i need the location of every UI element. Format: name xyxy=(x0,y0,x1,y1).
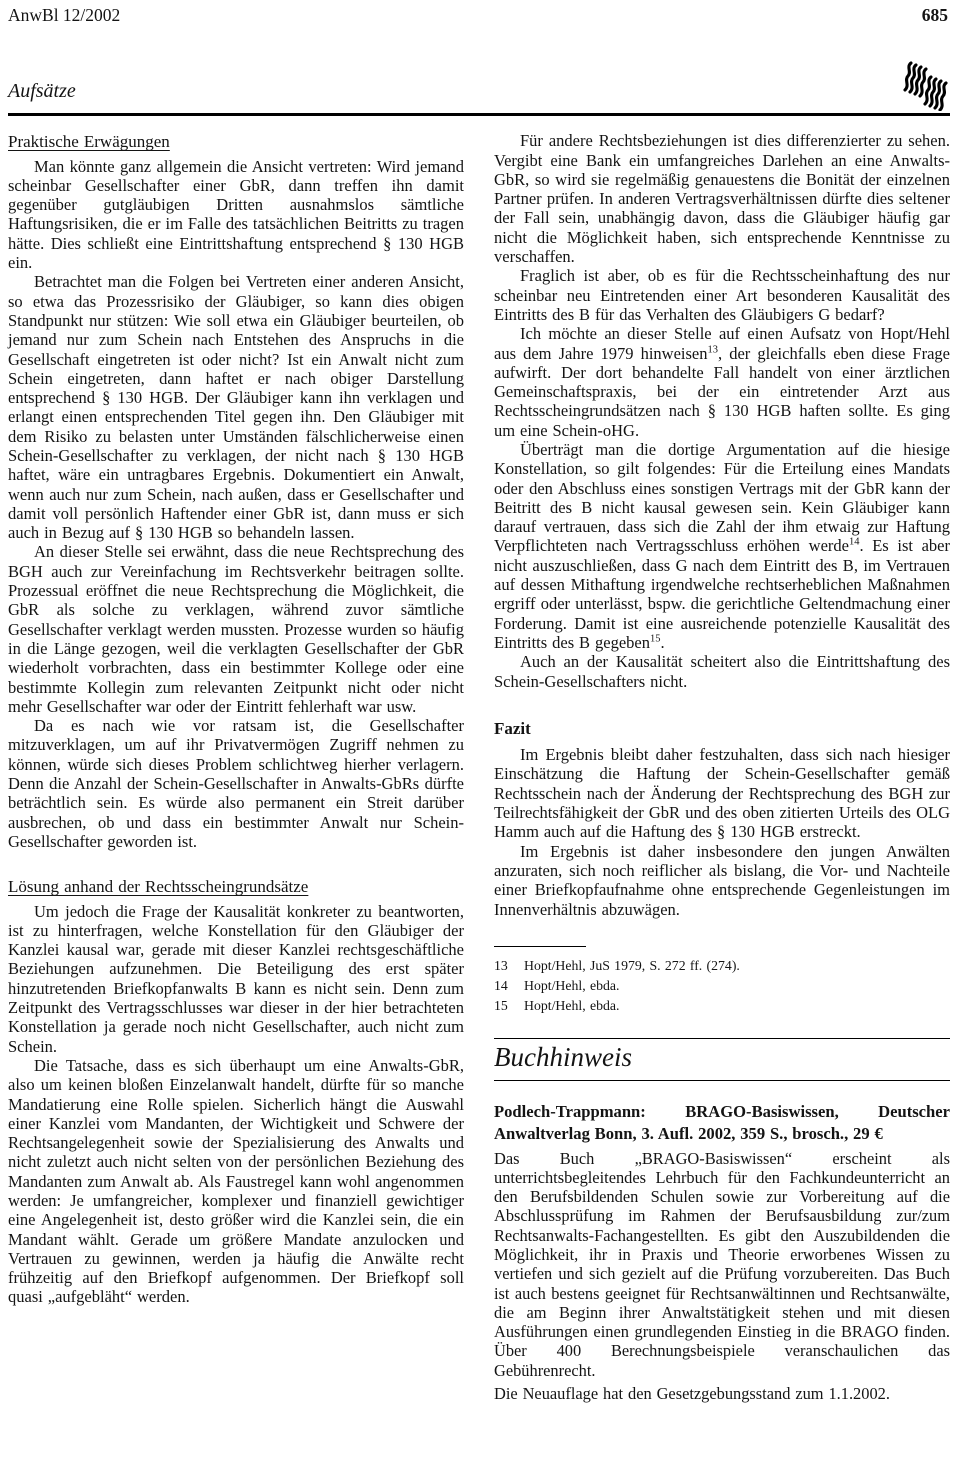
journal-issue: AnwBl 12/2002 xyxy=(8,6,120,25)
section-title: Aufsätze xyxy=(8,81,76,101)
footnote-number: 14 xyxy=(494,976,524,996)
body-paragraph: Da es nach wie vor ratsam ist, die Gesel… xyxy=(8,716,464,851)
book-review-bottom-rule xyxy=(494,1080,950,1081)
book-review-body: Das Buch „BRAGO-Basiswissen“ erscheint a… xyxy=(494,1149,950,1381)
right-column: Für andere Rechtsbeziehungen ist dies di… xyxy=(494,131,950,1403)
body-paragraph: Im Ergebnis bleibt daher festzuhalten, d… xyxy=(494,745,950,841)
body-paragraph: An dieser Stelle sei erwähnt, dass die n… xyxy=(8,542,464,716)
subsection-heading: Praktische Erwägungen xyxy=(8,132,464,151)
masthead: AnwBl 12/2002 685 xyxy=(8,6,950,25)
body-paragraph: Überträgt man die dortige Argumentation … xyxy=(494,440,950,652)
anwaltsblatt-wave-logo-icon xyxy=(902,53,948,111)
body-paragraph: Im Ergebnis ist daher insbesondere den j… xyxy=(494,842,950,919)
footnote-marker: 14 xyxy=(849,537,860,548)
body-paragraph: Die Tatsache, dass es sich überhaupt um … xyxy=(8,1056,464,1307)
footnote-text: Hopt/Hehl, ebda. xyxy=(524,976,619,996)
body-paragraph: Für andere Rechtsbeziehungen ist dies di… xyxy=(494,131,950,266)
book-review-note: Die Neuauflage hat den Gesetzgebungsstan… xyxy=(494,1384,950,1403)
book-review-section: Buchhinweis Podlech-Trappmann: BRAGO-Bas… xyxy=(494,1038,950,1404)
footnote-text: Hopt/Hehl, JuS 1979, S. 272 ff. (274). xyxy=(524,956,740,976)
footnotes-block: 13Hopt/Hehl, JuS 1979, S. 272 ff. (274).… xyxy=(494,946,950,1016)
article-columns: Praktische ErwägungenMan könnte ganz all… xyxy=(8,131,950,1403)
book-review-heading: Buchhinweis xyxy=(494,1039,950,1080)
footnote-list: 13Hopt/Hehl, JuS 1979, S. 272 ff. (274).… xyxy=(494,956,950,1016)
header-rule xyxy=(8,113,950,116)
subsection-heading: Fazit xyxy=(494,719,950,738)
body-paragraph: Fraglich ist aber, ob es für die Rechtss… xyxy=(494,266,950,324)
footnote: 15Hopt/Hehl, ebda. xyxy=(494,996,950,1016)
footnote-marker: 13 xyxy=(708,344,719,355)
footnote-marker: 15 xyxy=(650,633,661,644)
footnote: 14Hopt/Hehl, ebda. xyxy=(494,976,950,996)
left-column: Praktische ErwägungenMan könnte ganz all… xyxy=(8,131,464,1403)
footnote-separator-rule xyxy=(494,946,586,947)
footnote-text: Hopt/Hehl, ebda. xyxy=(524,996,619,1016)
section-header-row: Aufsätze xyxy=(8,53,950,111)
body-paragraph: Man könnte ganz allgemein die Ansicht ve… xyxy=(8,157,464,273)
page-number: 685 xyxy=(922,6,950,25)
body-paragraph: Auch an der Kausalität scheitert also di… xyxy=(494,652,950,691)
body-paragraph: Um jedoch die Frage der Kausalität konkr… xyxy=(8,902,464,1056)
footnote-number: 15 xyxy=(494,996,524,1016)
journal-page: AnwBl 12/2002 685 Aufsätze Praktische Er… xyxy=(0,0,960,1468)
footnote-number: 13 xyxy=(494,956,524,976)
body-paragraph: Betrachtet man die Folgen bei Vertreten … xyxy=(8,272,464,542)
right-column-text: Für andere Rechtsbeziehungen ist dies di… xyxy=(494,131,950,919)
footnote: 13Hopt/Hehl, JuS 1979, S. 272 ff. (274). xyxy=(494,956,950,976)
book-review-title: Podlech-Trappmann: BRAGO-Basiswissen, De… xyxy=(494,1101,950,1146)
subsection-heading: Lösung anhand der Rechtsscheingrundsätze xyxy=(8,877,464,896)
body-paragraph: Ich möchte an dieser Stelle auf einen Au… xyxy=(494,324,950,440)
